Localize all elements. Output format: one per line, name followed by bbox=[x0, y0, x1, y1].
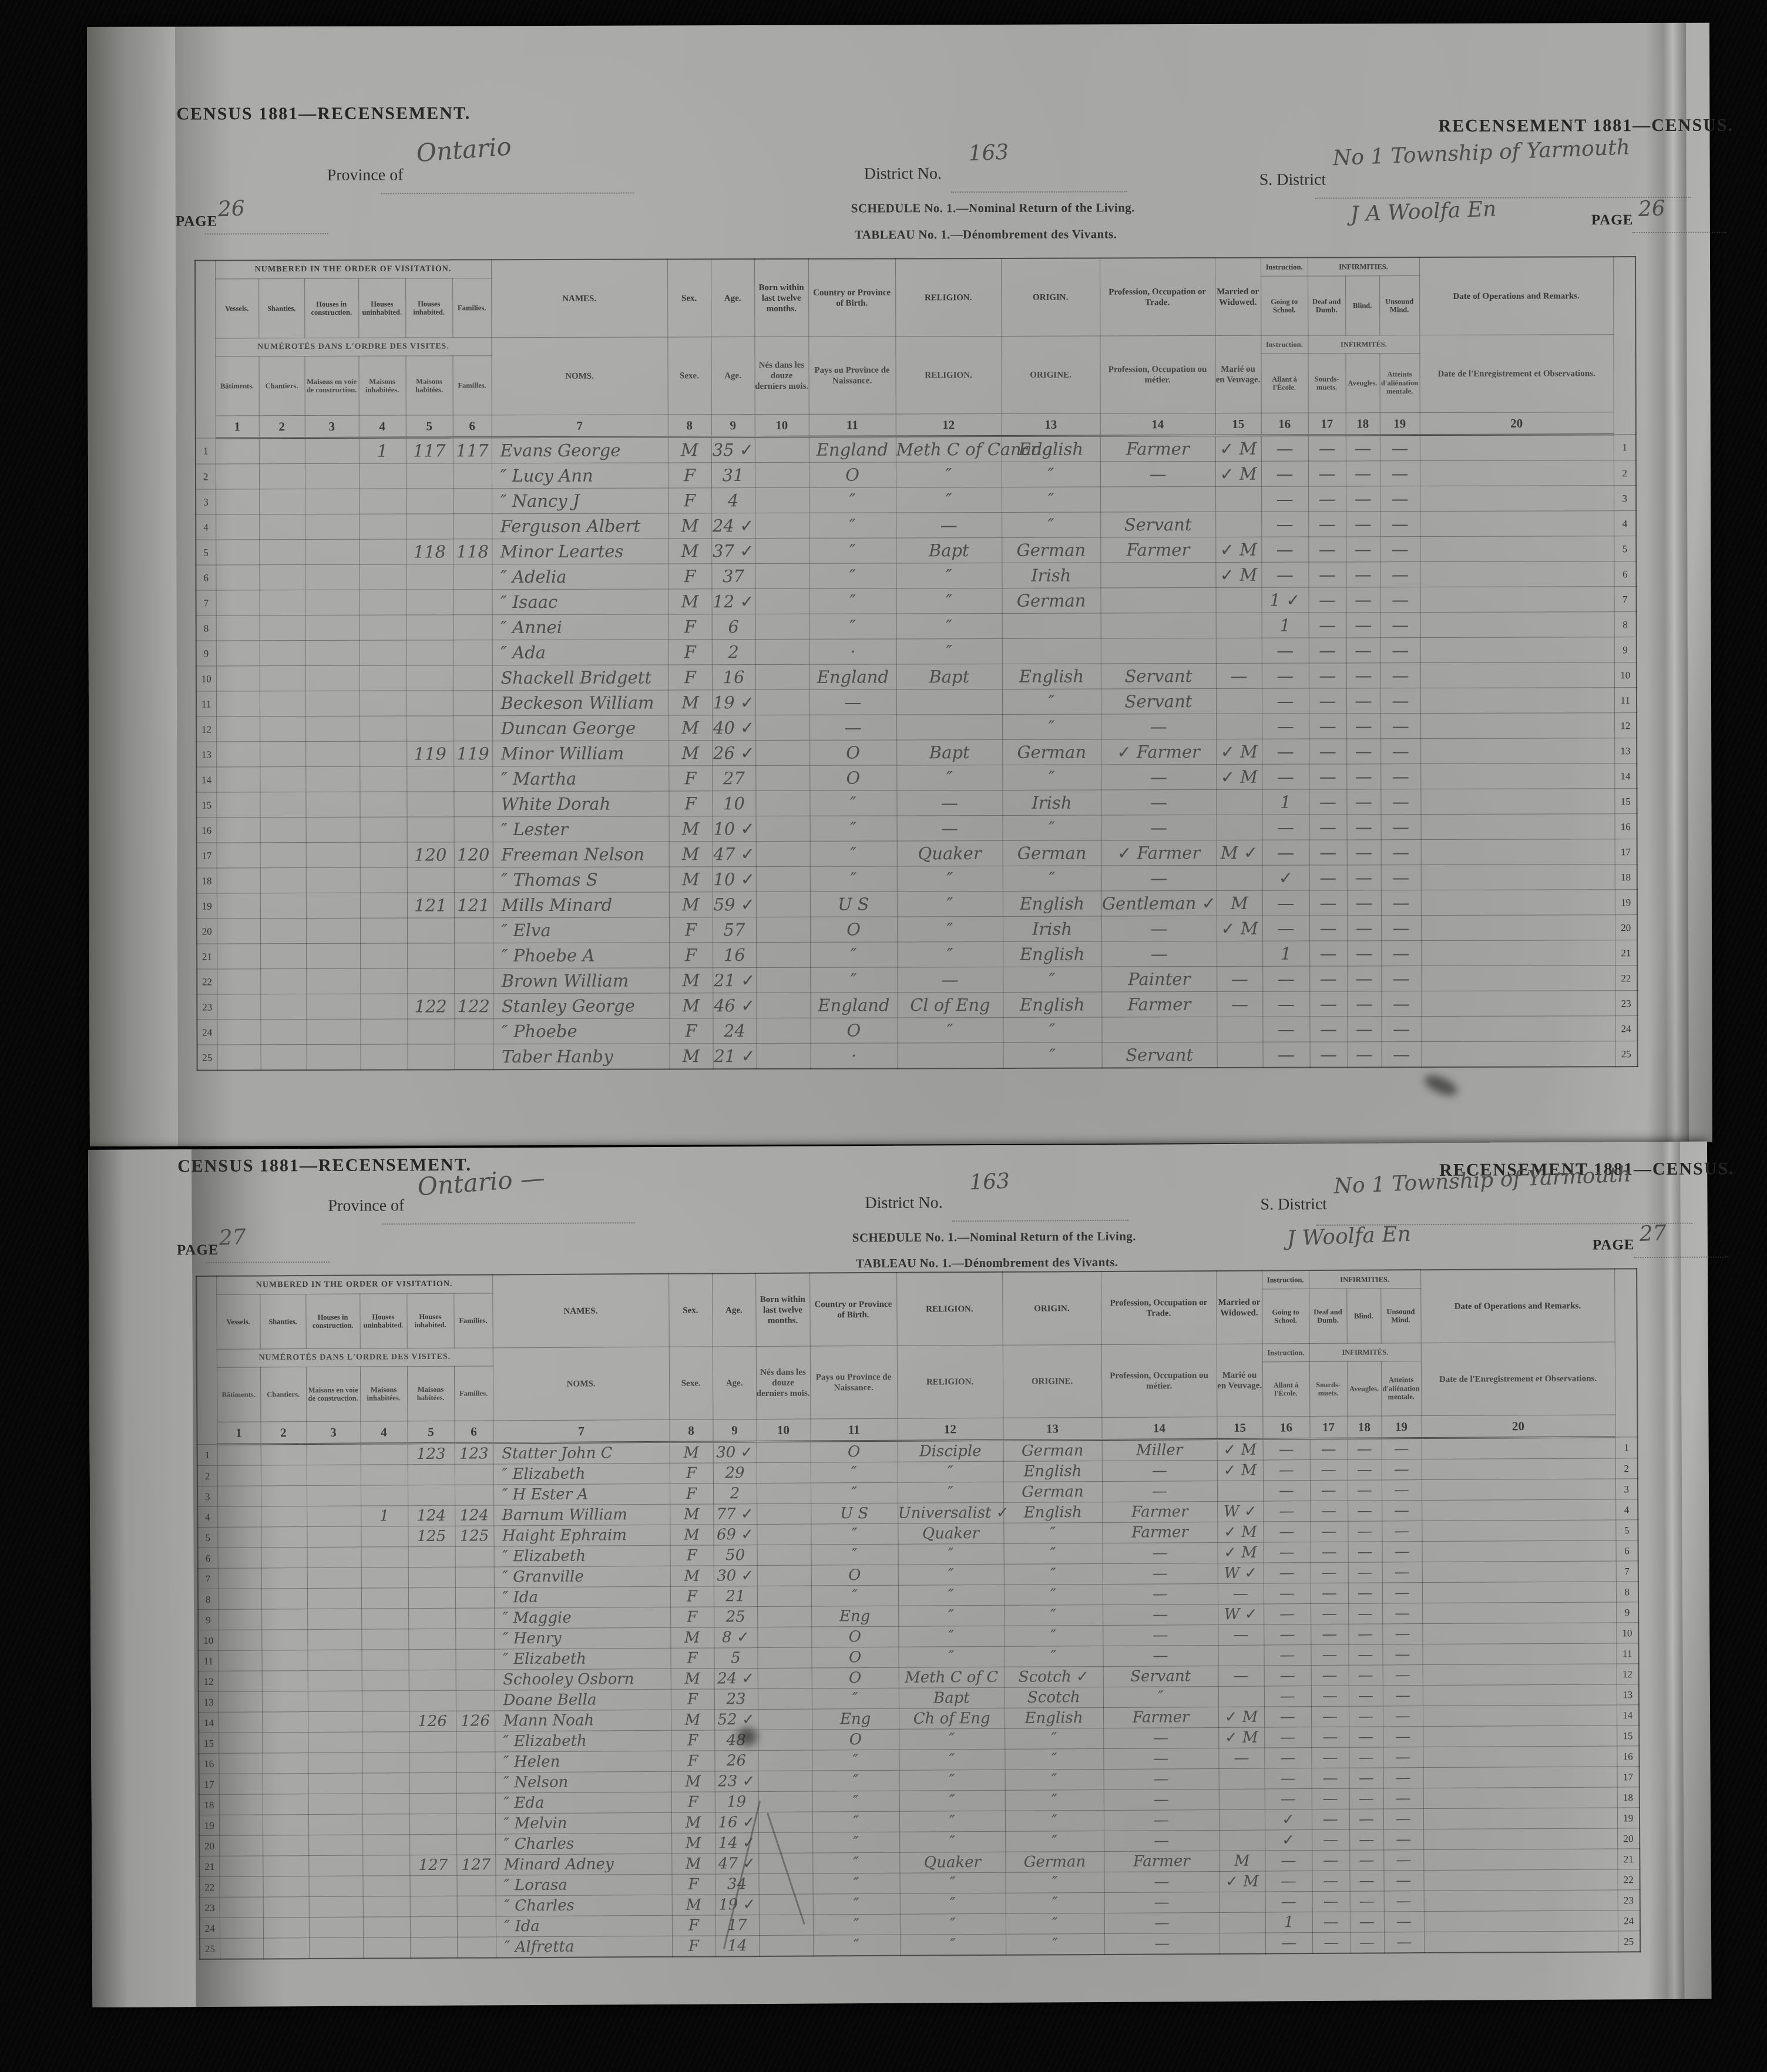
row-number-gutter-header-right bbox=[1613, 257, 1636, 435]
column-number-19: 19 bbox=[1380, 413, 1420, 435]
cell-born-12mo bbox=[758, 1832, 812, 1853]
column-number-2: 2 bbox=[259, 416, 305, 438]
cell-religion: ″ bbox=[899, 1790, 1005, 1811]
cell-houses-construction bbox=[308, 1691, 362, 1711]
district-rule bbox=[952, 1220, 1128, 1222]
province-rule bbox=[381, 193, 634, 194]
row-number: 19 bbox=[199, 1815, 219, 1835]
cell-origin: ″ bbox=[1006, 1892, 1104, 1913]
cell-unsound-mind: — bbox=[1384, 1891, 1424, 1912]
cell-name: ″ Nancy J bbox=[492, 488, 668, 514]
cell-religion: ″ bbox=[898, 1461, 1003, 1482]
cell-remarks bbox=[1420, 662, 1614, 688]
enumerator-signature: J A Woolfa En bbox=[1350, 197, 1497, 226]
cell-country-of-birth: · bbox=[811, 1043, 898, 1069]
cell-married-widowed: ✓ M bbox=[1217, 1439, 1263, 1460]
cell-name: ″ Elizabeth bbox=[494, 1648, 670, 1670]
cell-sex: M bbox=[668, 513, 711, 539]
cell-country-of-birth: U S bbox=[811, 1503, 898, 1524]
cell-origin: ″ bbox=[1005, 1728, 1103, 1749]
row-number: 19 bbox=[197, 893, 217, 919]
cell-country-of-birth: O bbox=[811, 1626, 898, 1647]
cell-origin: ″ bbox=[1004, 1625, 1103, 1646]
row-number: 21 bbox=[197, 944, 217, 969]
cell-shanties bbox=[263, 1815, 308, 1835]
cell-blind: — bbox=[1346, 663, 1380, 688]
cell-married-widowed: — bbox=[1216, 663, 1262, 688]
colhead-houses-uninhabited-fr: Maisons inhabitées. bbox=[360, 1367, 407, 1421]
cell-deaf-dumb: — bbox=[1309, 941, 1347, 966]
cell-shanties bbox=[263, 1876, 308, 1897]
cell-country-of-birth: ″ bbox=[811, 1523, 898, 1545]
row-number-right: 4 bbox=[1615, 1499, 1638, 1520]
row-number: 25 bbox=[197, 1045, 217, 1071]
cell-houses-uninhabited bbox=[360, 994, 407, 1019]
cell-deaf-dumb: — bbox=[1310, 1521, 1348, 1542]
column-number-12: 12 bbox=[897, 1418, 1003, 1441]
cell-houses-construction bbox=[308, 1670, 362, 1691]
cell-houses-uninhabited bbox=[359, 489, 406, 514]
cell-remarks bbox=[1424, 1910, 1618, 1932]
cell-houses-construction bbox=[309, 1896, 363, 1917]
row-number-right: 15 bbox=[1614, 789, 1637, 814]
subdistrict-label: S. District bbox=[1259, 170, 1326, 189]
column-number-4: 4 bbox=[359, 415, 406, 438]
cell-remarks bbox=[1420, 460, 1614, 486]
row-number-right: 16 bbox=[1615, 814, 1637, 839]
cell-country-of-birth: ″ bbox=[812, 1750, 899, 1771]
cell-vessels bbox=[217, 994, 260, 1020]
cell-unsound-mind: — bbox=[1383, 1768, 1423, 1788]
cell-houses-uninhabited bbox=[360, 943, 407, 968]
cell-sex: M bbox=[669, 842, 713, 867]
cell-married-widowed bbox=[1217, 941, 1262, 966]
cell-occupation: — bbox=[1101, 865, 1217, 891]
cell-families: 118 bbox=[453, 539, 492, 564]
cell-age: 48 bbox=[714, 1730, 758, 1751]
cell-houses-construction bbox=[306, 968, 360, 994]
cell-married-widowed bbox=[1217, 1017, 1262, 1042]
cell-vessels bbox=[216, 540, 259, 565]
cell-deaf-dumb: — bbox=[1312, 1891, 1350, 1912]
cell-age: 5 bbox=[714, 1648, 757, 1669]
cell-country-of-birth: — bbox=[809, 689, 896, 715]
cell-families bbox=[453, 564, 492, 590]
cell-origin: ″ bbox=[1002, 462, 1100, 487]
cell-houses-inhabited bbox=[409, 1690, 456, 1711]
cell-age: 14 bbox=[715, 1936, 759, 1957]
cell-deaf-dumb: — bbox=[1309, 789, 1346, 815]
cell-name: Beckeson William bbox=[492, 690, 668, 716]
cell-shanties bbox=[261, 1650, 307, 1671]
colhead-country-of-birth-en: Country or Province of Birth. bbox=[809, 1273, 897, 1346]
cell-age: 21 ✓ bbox=[713, 1044, 757, 1069]
cell-houses-inhabited bbox=[408, 1464, 455, 1485]
row-number: 24 bbox=[197, 1020, 217, 1045]
cell-shanties bbox=[259, 540, 305, 565]
cell-houses-construction bbox=[306, 994, 360, 1019]
cell-houses-construction bbox=[307, 1568, 361, 1588]
cell-born-12mo bbox=[755, 689, 809, 715]
cell-origin: ″ bbox=[1005, 1831, 1104, 1852]
cell-vessels bbox=[217, 868, 260, 893]
cell-deaf-dumb: — bbox=[1309, 613, 1346, 638]
cell-remarks bbox=[1420, 763, 1614, 789]
cell-unsound-mind: — bbox=[1383, 1788, 1423, 1809]
cell-occupation: — bbox=[1104, 1871, 1219, 1892]
cell-unsound-mind: — bbox=[1381, 840, 1421, 865]
cell-unsound-mind: — bbox=[1381, 941, 1421, 966]
colhead-origin-en: ORIGIN. bbox=[1002, 1272, 1101, 1345]
cell-married-widowed bbox=[1217, 815, 1262, 840]
cell-occupation: Painter bbox=[1101, 966, 1217, 992]
cell-going-to-school: — bbox=[1262, 815, 1309, 840]
cell-deaf-dumb: — bbox=[1310, 1459, 1348, 1480]
cell-name: Evans George bbox=[492, 437, 668, 463]
cell-houses-inhabited bbox=[409, 1670, 456, 1690]
group-header-en: NUMBERED IN THE ORDER OF VISITATION. bbox=[216, 1274, 492, 1294]
cell-shanties bbox=[260, 767, 305, 792]
cell-shanties bbox=[263, 1897, 309, 1918]
cell-name: ″ Helen bbox=[495, 1751, 671, 1772]
cell-origin: ″ bbox=[1004, 1584, 1103, 1605]
page-number-value: 26 bbox=[217, 197, 245, 222]
cell-families: 127 bbox=[456, 1855, 495, 1875]
cell-origin: ″ bbox=[1004, 1543, 1103, 1564]
cell-houses-inhabited: 126 bbox=[409, 1711, 456, 1731]
cell-remarks bbox=[1422, 1643, 1616, 1665]
cell-married-widowed: ✓ M bbox=[1216, 739, 1262, 764]
cell-born-12mo bbox=[757, 1565, 811, 1586]
cell-religion: ″ bbox=[900, 1893, 1006, 1914]
cell-families bbox=[457, 1916, 496, 1937]
cell-remarks bbox=[1423, 1828, 1617, 1850]
cell-families bbox=[456, 1793, 495, 1814]
row-number: 8 bbox=[196, 615, 216, 641]
colhead-houses-construction-fr: Maisons en voie de construction. bbox=[304, 356, 358, 415]
colhead-deaf-dumb-en: Deaf and Dumb. bbox=[1308, 276, 1345, 335]
cell-blind: — bbox=[1346, 537, 1380, 562]
colhead-houses-inhabited-fr: Maisons habitées. bbox=[405, 356, 452, 415]
cell-houses-inhabited: 127 bbox=[409, 1855, 456, 1875]
cell-age: 31 bbox=[711, 463, 755, 488]
column-number-11: 11 bbox=[809, 414, 896, 436]
cell-origin: German bbox=[1005, 1851, 1104, 1872]
cell-occupation: — bbox=[1103, 1542, 1218, 1563]
cell-blind: — bbox=[1348, 1644, 1382, 1665]
row-number: 11 bbox=[198, 1650, 218, 1671]
cell-married-widowed: — bbox=[1218, 1748, 1264, 1768]
cell-name: ″ Henry bbox=[494, 1627, 670, 1649]
cell-religion: ″ bbox=[896, 613, 1002, 638]
cell-going-to-school: — bbox=[1261, 537, 1308, 562]
cell-origin: Irish bbox=[1002, 563, 1100, 588]
cell-age: 24 ✓ bbox=[714, 1669, 758, 1689]
cell-country-of-birth: ″ bbox=[809, 614, 896, 639]
cell-houses-inhabited: 121 bbox=[407, 893, 454, 918]
row-number-right: 10 bbox=[1616, 1623, 1638, 1643]
row-number: 10 bbox=[196, 666, 216, 691]
cell-origin: ″ bbox=[1004, 1605, 1103, 1626]
cell-unsound-mind: — bbox=[1381, 991, 1421, 1017]
cell-going-to-school: — bbox=[1264, 1583, 1311, 1604]
cell-married-widowed bbox=[1219, 1809, 1265, 1830]
cell-name: ″ Thomas S bbox=[493, 867, 669, 893]
cell-remarks bbox=[1421, 991, 1615, 1017]
cell-houses-uninhabited bbox=[361, 1485, 408, 1506]
cell-houses-construction bbox=[305, 691, 360, 716]
cell-name: ″ H Ester A bbox=[493, 1484, 670, 1505]
cell-houses-uninhabited bbox=[360, 817, 407, 842]
row-number-right: 3 bbox=[1614, 486, 1636, 511]
cell-houses-inhabited bbox=[407, 665, 453, 691]
cell-born-12mo bbox=[755, 765, 809, 791]
cell-families bbox=[453, 615, 492, 640]
cell-families bbox=[454, 918, 493, 943]
cell-vessels bbox=[216, 742, 260, 767]
cell-occupation: — bbox=[1101, 789, 1216, 815]
cell-going-to-school: — bbox=[1263, 1501, 1310, 1522]
cell-occupation: — bbox=[1104, 1768, 1219, 1790]
cell-country-of-birth: England bbox=[810, 993, 897, 1018]
cell-age: 30 ✓ bbox=[714, 1566, 757, 1586]
district-label: District No. bbox=[864, 164, 942, 183]
cell-age: 6 bbox=[712, 614, 755, 640]
cell-blind: — bbox=[1346, 587, 1380, 613]
cell-remarks bbox=[1423, 1725, 1617, 1747]
cell-vessels bbox=[219, 1856, 263, 1876]
cell-houses-construction bbox=[307, 1485, 361, 1506]
cell-unsound-mind: — bbox=[1381, 865, 1421, 890]
cell-occupation: Farmer bbox=[1100, 537, 1215, 563]
cell-religion: ″ bbox=[896, 638, 1002, 664]
cell-born-12mo bbox=[755, 639, 809, 664]
cell-remarks bbox=[1423, 1849, 1617, 1871]
cell-houses-construction bbox=[307, 1465, 361, 1485]
cell-married-widowed bbox=[1220, 1892, 1265, 1912]
column-number-17: 17 bbox=[1309, 1416, 1347, 1438]
cell-married-widowed: M bbox=[1219, 1851, 1265, 1871]
cell-houses-inhabited bbox=[407, 918, 454, 943]
cell-vessels bbox=[216, 717, 260, 742]
row-number: 13 bbox=[196, 742, 216, 767]
cell-shanties bbox=[260, 641, 305, 666]
cell-houses-construction bbox=[308, 1773, 362, 1794]
cell-houses-uninhabited bbox=[360, 792, 407, 817]
cell-unsound-mind: — bbox=[1382, 1644, 1422, 1665]
cell-sex: M bbox=[670, 1442, 713, 1463]
cell-shanties bbox=[259, 489, 305, 514]
cell-families bbox=[455, 1485, 493, 1505]
cell-houses-inhabited bbox=[407, 1019, 454, 1044]
cell-age: 37 ✓ bbox=[711, 539, 755, 564]
cell-families bbox=[453, 691, 492, 716]
colhead-origin-en: ORIGIN. bbox=[1001, 258, 1100, 336]
cell-born-12mo bbox=[757, 1545, 811, 1565]
cell-religion: ″ bbox=[899, 1831, 1005, 1852]
cell-country-of-birth: ″ bbox=[810, 816, 897, 841]
colhead-vessels-en: Vessels. bbox=[216, 1294, 260, 1349]
colhead-married-widowed-en: Married or Widowed. bbox=[1215, 258, 1261, 336]
cell-houses-construction bbox=[305, 665, 360, 691]
cell-age: 2 bbox=[712, 640, 755, 665]
column-number-13: 13 bbox=[1002, 413, 1100, 436]
cell-blind: — bbox=[1348, 1501, 1382, 1521]
cell-religion: Disciple bbox=[898, 1440, 1003, 1462]
cell-houses-uninhabited bbox=[362, 1855, 409, 1876]
colhead-blind-en: Blind. bbox=[1346, 1289, 1380, 1343]
cell-unsound-mind: — bbox=[1383, 1706, 1423, 1727]
cell-name: Ferguson Albert bbox=[492, 513, 668, 539]
cell-married-widowed bbox=[1219, 1789, 1265, 1809]
cell-age: 26 bbox=[714, 1751, 758, 1771]
row-number-right: 22 bbox=[1617, 1869, 1640, 1890]
cell-married-widowed bbox=[1218, 1686, 1264, 1707]
cell-families bbox=[455, 1044, 493, 1070]
colhead-country-of-birth-en: Country or Province of Birth. bbox=[808, 258, 895, 337]
cell-shanties bbox=[260, 1020, 306, 1045]
cell-unsound-mind: — bbox=[1382, 1521, 1422, 1542]
cell-name: ″ Lorasa bbox=[495, 1874, 671, 1896]
cell-vessels bbox=[216, 489, 259, 514]
cell-remarks bbox=[1423, 1767, 1617, 1788]
row-number-gutter-header bbox=[195, 260, 216, 438]
cell-shanties bbox=[263, 1856, 308, 1876]
page-number-label-right: PAGE bbox=[1593, 1237, 1635, 1253]
cell-religion: Quaker bbox=[898, 1523, 1003, 1544]
cell-houses-inhabited: 124 bbox=[408, 1505, 455, 1526]
colhead-religion-en: RELIGION. bbox=[895, 258, 1001, 337]
subdistrict-label: S. District bbox=[1260, 1195, 1327, 1215]
cell-houses-construction bbox=[308, 1876, 362, 1896]
cell-name: ″ Adelia bbox=[492, 564, 668, 590]
cell-shanties bbox=[260, 717, 305, 742]
cell-origin: ″ bbox=[1003, 1522, 1102, 1543]
cell-remarks bbox=[1423, 1808, 1617, 1829]
row-number: 8 bbox=[198, 1589, 218, 1609]
cell-going-to-school: — bbox=[1262, 688, 1309, 714]
cell-remarks bbox=[1420, 637, 1614, 663]
cell-remarks bbox=[1421, 839, 1615, 865]
cell-name: Barnum William bbox=[493, 1504, 670, 1526]
colhead-going-to-school-fr: Allant à l'École. bbox=[1262, 1362, 1309, 1417]
row-number-right: 10 bbox=[1614, 662, 1637, 688]
cell-country-of-birth: O bbox=[809, 765, 896, 791]
cell-families bbox=[456, 1814, 495, 1834]
cell-age: 25 bbox=[714, 1607, 757, 1627]
row-number-right: 2 bbox=[1614, 460, 1636, 486]
cell-houses-uninhabited bbox=[360, 867, 407, 893]
table-row: 21″ Phoebe AF16″″English—1———21 bbox=[197, 940, 1637, 969]
colhead-going-to-school-en: Going to School. bbox=[1262, 1289, 1309, 1344]
cell-vessels bbox=[219, 1753, 262, 1774]
row-number: 9 bbox=[196, 641, 216, 666]
cell-deaf-dumb: — bbox=[1309, 764, 1346, 789]
table-row: 22Brown WilliamM21 ✓″—″Painter—————22 bbox=[197, 966, 1637, 994]
page-number-label: PAGE bbox=[177, 1242, 219, 1259]
row-number-right: 20 bbox=[1615, 915, 1637, 940]
cell-houses-uninhabited bbox=[360, 665, 407, 691]
cell-houses-construction bbox=[305, 514, 359, 539]
cell-name: Brown William bbox=[493, 968, 669, 994]
cell-remarks bbox=[1421, 940, 1615, 966]
cell-shanties bbox=[262, 1753, 308, 1774]
cell-name: Schooley Osborn bbox=[495, 1669, 671, 1690]
province-rule bbox=[382, 1222, 635, 1225]
cell-origin: ″ bbox=[1004, 1563, 1103, 1585]
province-label: Province of bbox=[328, 1196, 404, 1216]
table-row: 3″ Nancy JF4″″″————3 bbox=[196, 486, 1636, 514]
table-row: 4Ferguson AlbertM24 ✓″—″Servant————4 bbox=[196, 511, 1636, 540]
cell-unsound-mind: — bbox=[1381, 1017, 1421, 1042]
cell-sex: M bbox=[669, 993, 713, 1018]
row-number-right: 14 bbox=[1614, 763, 1637, 789]
cell-vessels bbox=[218, 1630, 261, 1650]
page-title: CENSUS 1881—RECENSEMENT. bbox=[176, 103, 471, 124]
cell-country-of-birth: O bbox=[810, 917, 897, 942]
cell-going-to-school: — bbox=[1262, 739, 1309, 764]
cell-sex: F bbox=[668, 463, 711, 488]
cell-going-to-school: — bbox=[1261, 486, 1308, 512]
cell-families bbox=[453, 590, 492, 615]
cell-houses-inhabited bbox=[407, 968, 454, 994]
cell-unsound-mind: — bbox=[1383, 1871, 1423, 1891]
cell-deaf-dumb: — bbox=[1311, 1706, 1349, 1727]
table-row: 10Shackell BridgettF16EnglandBaptEnglish… bbox=[196, 662, 1637, 691]
row-number-right: 16 bbox=[1617, 1746, 1639, 1767]
cell-born-12mo bbox=[758, 1709, 812, 1730]
cell-country-of-birth: ″ bbox=[813, 1893, 900, 1915]
cell-blind: — bbox=[1350, 1891, 1384, 1912]
colhead-age-fr: Age. bbox=[713, 1347, 757, 1420]
cell-occupation: — bbox=[1104, 1789, 1219, 1810]
page-number-rule bbox=[206, 1262, 330, 1263]
cell-deaf-dumb: — bbox=[1309, 840, 1347, 865]
column-number-6: 6 bbox=[453, 415, 492, 438]
cell-families bbox=[456, 1875, 495, 1896]
cell-blind: — bbox=[1346, 512, 1380, 537]
cell-occupation: ″ bbox=[1103, 1686, 1218, 1707]
cell-vessels bbox=[217, 818, 260, 843]
cell-name: Shackell Bridgett bbox=[492, 665, 668, 691]
cell-religion bbox=[896, 689, 1002, 714]
cell-country-of-birth: O bbox=[811, 1441, 898, 1462]
colhead-houses-construction-fr: Maisons en voie de construction. bbox=[306, 1367, 360, 1421]
cell-deaf-dumb: — bbox=[1309, 815, 1347, 840]
cell-families bbox=[456, 1690, 495, 1711]
cell-shanties bbox=[260, 944, 306, 969]
column-number-18: 18 bbox=[1346, 413, 1380, 435]
cell-houses-construction bbox=[309, 1917, 363, 1938]
row-number-right: 5 bbox=[1614, 536, 1636, 561]
cell-married-widowed bbox=[1216, 587, 1262, 613]
cell-name: ″ Nelson bbox=[495, 1771, 671, 1793]
cell-born-12mo bbox=[756, 917, 810, 942]
row-number: 4 bbox=[197, 1506, 217, 1527]
cell-origin: German bbox=[1002, 537, 1100, 563]
instruction-header-fr: Instruction. bbox=[1261, 335, 1308, 354]
cell-deaf-dumb: — bbox=[1311, 1727, 1349, 1747]
right-fold-crease bbox=[1645, 1142, 1685, 1999]
cell-houses-inhabited bbox=[407, 691, 453, 716]
cell-deaf-dumb: — bbox=[1308, 537, 1346, 562]
cell-unsound-mind: — bbox=[1380, 663, 1420, 688]
cell-houses-inhabited bbox=[407, 716, 453, 741]
cell-occupation: — bbox=[1101, 815, 1217, 840]
cell-houses-construction bbox=[305, 615, 360, 640]
cell-houses-uninhabited bbox=[360, 716, 407, 741]
cell-houses-uninhabited bbox=[360, 640, 407, 665]
